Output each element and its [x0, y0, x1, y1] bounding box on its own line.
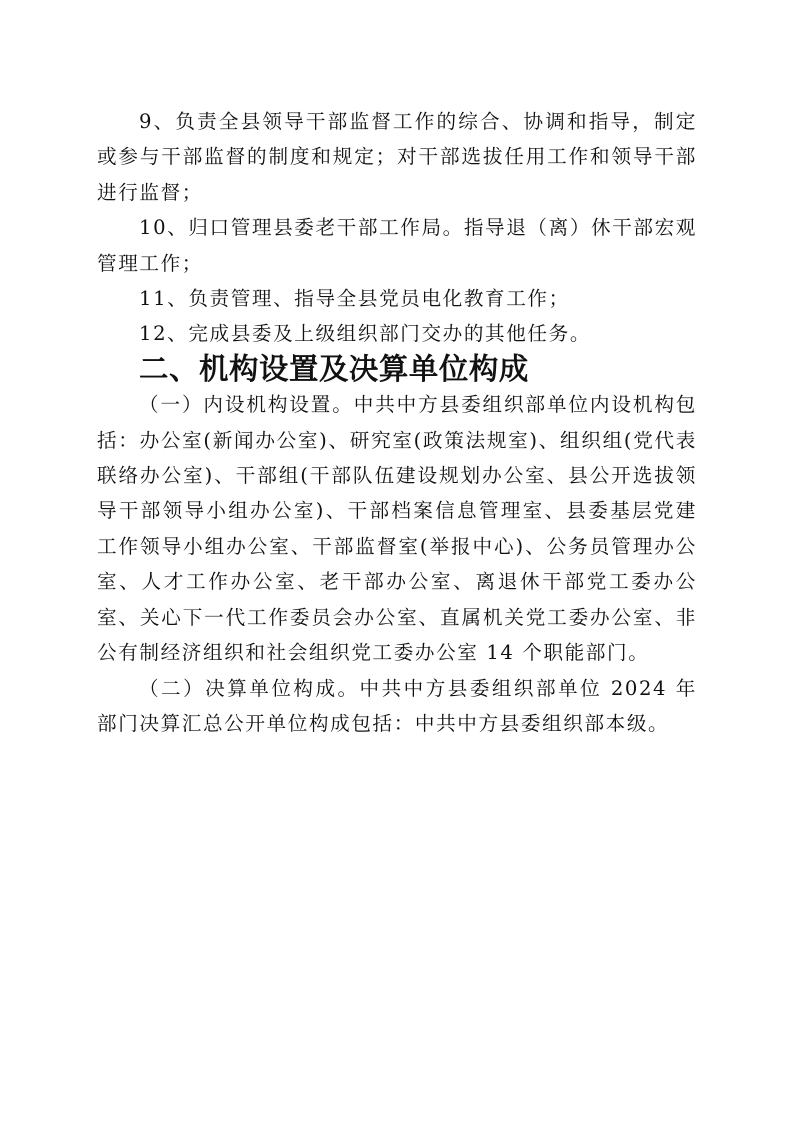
- internal-departments-paragraph: （一）内设机构设置。中共中方县委组织部单位内设机构包括：办公室(新闻办公室)、研…: [97, 387, 697, 670]
- duty-item-11: 11、负责管理、指导全县党员电化教育工作；: [97, 281, 697, 316]
- document-page: 9、负责全县领导干部监督工作的综合、协调和指导，制定或参与干部监督的制度和规定；…: [97, 104, 697, 741]
- duty-item-9: 9、负责全县领导干部监督工作的综合、协调和指导，制定或参与干部监督的制度和规定；…: [97, 104, 697, 210]
- duty-item-10: 10、归口管理县委老干部工作局。指导退（离）休干部宏观管理工作；: [97, 210, 697, 281]
- duty-item-12: 12、完成县委及上级组织部门交办的其他任务。: [97, 316, 697, 351]
- section-heading-structure: 二、机构设置及决算单位构成: [97, 352, 697, 387]
- accounting-units-paragraph: （二）决算单位构成。中共中方县委组织部单位 2024 年部门决算汇总公开单位构成…: [97, 671, 697, 742]
